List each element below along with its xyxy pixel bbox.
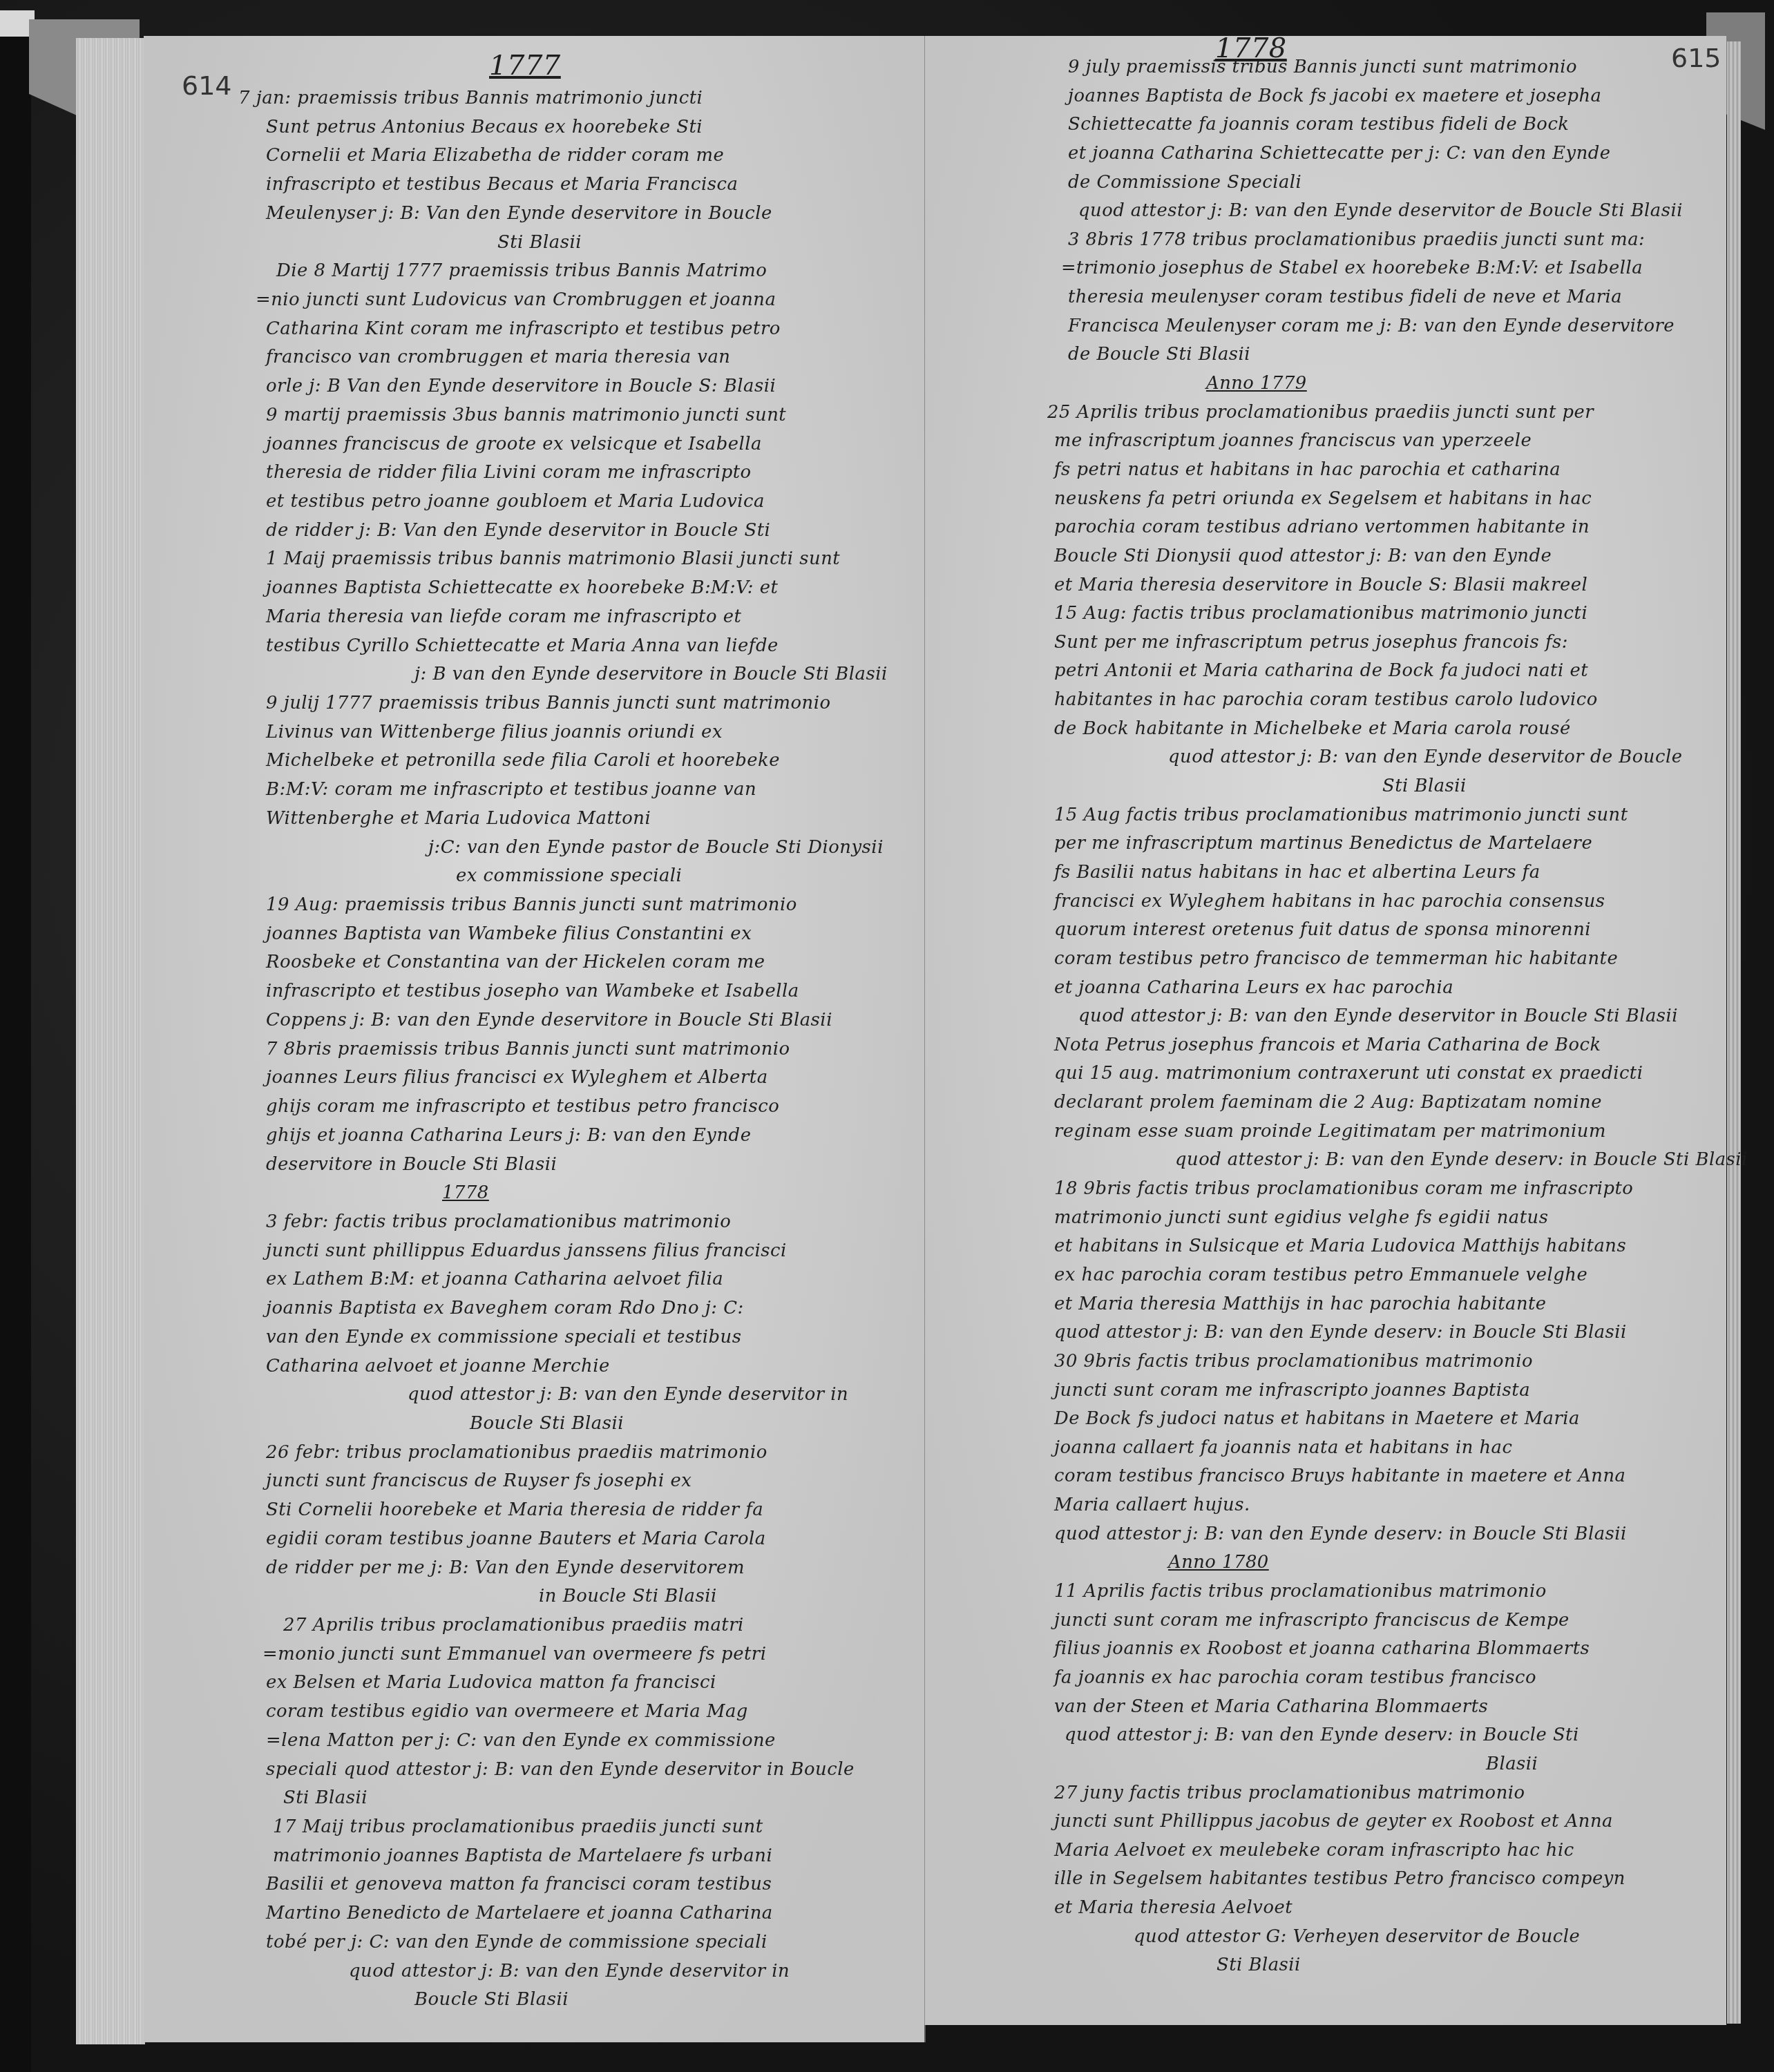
handwritten-line: quod attestor j: B: van den Eynde deserv… — [1065, 1725, 1579, 1745]
handwritten-line: 18 9bris factis tribus proclamationibus … — [1054, 1178, 1633, 1199]
handwritten-line: Schiettecatte fa joannis coram testibus … — [1068, 114, 1569, 135]
handwritten-line: de Commissione Speciali — [1068, 172, 1301, 193]
handwritten-line: juncti sunt phillippus Eduardus janssens… — [266, 1240, 787, 1261]
handwritten-line: joannes franciscus de groote ex velsicqu… — [266, 434, 762, 454]
handwritten-line: van den Eynde ex commissione speciali et… — [266, 1327, 741, 1347]
handwritten-line: Coppens j: B: van den Eynde deservitore … — [266, 1010, 832, 1030]
handwritten-line: testibus Cyrillo Schiettecatte et Maria … — [266, 635, 779, 656]
handwritten-line: ex commissione speciali — [456, 865, 682, 886]
handwritten-line: neuskens fa petri oriunda ex Segelsem et… — [1054, 488, 1592, 509]
handwritten-line: Sti Blasii — [1382, 776, 1467, 796]
handwritten-line: 7 jan: praemissis tribus Bannis matrimon… — [238, 88, 703, 108]
handwritten-line: theresia meulenyser coram testibus fidel… — [1068, 287, 1622, 307]
page-edges-left — [76, 38, 145, 2044]
handwritten-line: 7 8bris praemissis tribus Bannis juncti … — [266, 1039, 790, 1059]
handwritten-line: Sti Blasii — [1217, 1955, 1301, 1975]
handwritten-line: deservitore in Boucle Sti Blasii — [266, 1154, 557, 1175]
handwritten-line: et Maria theresia Matthijs in hac paroch… — [1054, 1294, 1547, 1314]
handwritten-line: qui 15 aug. matrimonium contraxerunt uti… — [1054, 1063, 1643, 1084]
handwritten-line: j:C: van den Eynde pastor de Boucle Sti … — [428, 837, 884, 858]
page-number-right: 615 — [1671, 43, 1721, 73]
handwritten-line: joannes Baptista van Wambeke filius Cons… — [266, 923, 752, 944]
page-edges-right — [1727, 41, 1741, 2024]
handwritten-line: Maria theresia van liefde coram me infra… — [266, 606, 741, 627]
handwritten-line: Catharina aelvoet et joanne Merchie — [266, 1356, 610, 1376]
handwritten-line: Michelbeke et petronilla sede filia Caro… — [266, 750, 780, 771]
year-heading: Anno 1780 — [1168, 1552, 1269, 1573]
handwritten-line: quod attestor j: B: van den Eynde deserv… — [349, 1961, 790, 1982]
handwritten-line: B:M:V: coram me infrascripto et testibus… — [266, 779, 756, 800]
handwritten-line: 9 july praemissis tribus Bannis juncti s… — [1068, 57, 1577, 77]
handwritten-line: ghijs et joanna Catharina Leurs j: B: va… — [266, 1125, 751, 1146]
handwritten-line: de Bock habitante in Michelbeke et Maria… — [1054, 718, 1571, 739]
handwritten-line: de ridder per me j: B: Van den Eynde des… — [266, 1557, 745, 1578]
handwritten-line: Meulenyser j: B: Van den Eynde deservito… — [266, 203, 772, 224]
handwritten-line: ille in Segelsem habitantes testibus Pet… — [1054, 1868, 1625, 1889]
handwritten-line: Blasii — [1486, 1754, 1538, 1774]
handwritten-line: francisco van crombruggen et maria there… — [266, 347, 731, 367]
handwritten-line: 15 Aug: factis tribus proclamationibus m… — [1054, 603, 1587, 624]
handwritten-line: fs Basilii natus habitans in hac et albe… — [1054, 862, 1541, 883]
handwritten-line: quod attestor j: B: van den Eynde deserv… — [1054, 1524, 1627, 1544]
handwritten-line: infrascripto et testibus Becaus et Maria… — [266, 174, 738, 195]
handwritten-line: declarant prolem faeminam die 2 Aug: Bap… — [1054, 1092, 1602, 1113]
handwritten-line: tobé per j: C: van den Eynde de commissi… — [266, 1932, 767, 1953]
handwritten-line: =trimonio josephus de Stabel ex hoorebek… — [1061, 258, 1643, 278]
handwritten-line: francisci ex Wyleghem habitans in hac pa… — [1054, 891, 1605, 912]
handwritten-line: petri Antonii et Maria catharina de Bock… — [1054, 660, 1588, 681]
handwritten-line: ex Belsen et Maria Ludovica matton fa fr… — [266, 1672, 716, 1693]
handwritten-line: joannes Leurs filius francisci ex Wylegh… — [266, 1067, 768, 1088]
handwritten-line: =nio juncti sunt Ludovicus van Crombrugg… — [256, 289, 776, 310]
handwritten-line: Die 8 Martij 1777 praemissis tribus Bann… — [276, 260, 767, 281]
handwritten-line: habitantes in hac parochia coram testibu… — [1054, 689, 1598, 710]
handwritten-line: joannes Baptista Schiettecatte ex hooreb… — [266, 577, 778, 598]
handwritten-line: de Boucle Sti Blasii — [1068, 344, 1250, 365]
handwritten-line: Sti Blasii — [497, 232, 582, 253]
handwritten-line: Boucle Sti Dionysii quod attestor j: B: … — [1054, 546, 1552, 566]
handwritten-line: theresia de ridder filia Livini coram me… — [266, 462, 752, 483]
handwritten-line: 9 martij praemissis 3bus bannis matrimon… — [266, 405, 786, 425]
handwritten-line: me infrascriptum joannes franciscus van … — [1054, 430, 1532, 451]
handwritten-line: Maria callaert hujus. — [1054, 1495, 1250, 1515]
handwritten-line: et Maria theresia deservitore in Boucle … — [1054, 575, 1587, 595]
handwritten-line: Sti Cornelii hoorebeke et Maria theresia… — [266, 1499, 763, 1520]
handwritten-line: 27 juny factis tribus proclamationibus m… — [1054, 1783, 1525, 1803]
handwritten-line: parochia coram testibus adriano vertomme… — [1054, 517, 1590, 537]
handwritten-line: Basilii et genoveva matton fa francisci … — [266, 1874, 772, 1894]
handwritten-line: 3 febr: factis tribus proclamationibus m… — [266, 1211, 731, 1232]
handwritten-line: juncti sunt franciscus de Ruyser fs jose… — [266, 1470, 692, 1491]
handwritten-line: 1 Maij praemissis tribus bannis matrimon… — [266, 548, 840, 569]
handwritten-line: et testibus petro joanne goubloem et Mar… — [266, 491, 765, 512]
year-heading: Anno 1779 — [1206, 373, 1307, 394]
handwritten-line: juncti sunt coram me infrascripto franci… — [1054, 1610, 1570, 1631]
handwritten-line: Sti Blasii — [283, 1787, 368, 1808]
handwritten-line: Roosbeke et Constantina van der Hickelen… — [266, 952, 765, 972]
handwritten-line: per me infrascriptum martinus Benedictus… — [1054, 833, 1592, 854]
handwritten-line: egidii coram testibus joanne Bauters et … — [266, 1528, 766, 1549]
handwritten-line: j: B van den Eynde deservitore in Boucle… — [414, 664, 888, 684]
left-page: 614 1777 7 jan: praemissis tribus Bannis… — [144, 36, 926, 2042]
handwritten-line: ghijs coram me infrascripto et testibus … — [266, 1096, 779, 1117]
cover-edge — [0, 35, 31, 2072]
handwritten-line: 11 Aprilis factis tribus proclamationibu… — [1054, 1581, 1547, 1602]
page-number-left: 614 — [182, 70, 232, 101]
handwritten-line: et Maria theresia Aelvoet — [1054, 1897, 1293, 1918]
handwritten-line: orle j: B Van den Eynde deservitore in B… — [266, 376, 776, 396]
handwritten-line: reginam esse suam proinde Legitimatam pe… — [1054, 1121, 1606, 1142]
handwritten-line: =lena Matton per j: C: van den Eynde ex … — [266, 1730, 776, 1751]
handwritten-line: 27 Aprilis tribus proclamationibus praed… — [283, 1615, 744, 1635]
handwritten-line: infrascripto et testibus josepho van Wam… — [266, 981, 799, 1001]
handwritten-line: ex Lathem B:M: et joanna Catharina aelvo… — [266, 1269, 723, 1289]
handwritten-line: 25 Aprilis tribus proclamationibus praed… — [1047, 402, 1594, 423]
handwritten-line: quod attestor j: B: van den Eynde deserv… — [1078, 1006, 1678, 1026]
handwritten-line: coram testibus petro francisco de temmer… — [1054, 948, 1618, 969]
handwritten-line: et habitans in Sulsicque et Maria Ludovi… — [1054, 1236, 1626, 1256]
handwritten-line: quod attestor j: B: van den Eynde deserv… — [1054, 1322, 1627, 1343]
handwritten-line: filius joannis ex Roobost et joanna cath… — [1054, 1638, 1590, 1659]
handwritten-line: Sunt petrus Antonius Becaus ex hoorebeke… — [266, 117, 703, 137]
handwritten-line: in Boucle Sti Blasii — [539, 1586, 717, 1606]
handwritten-line: speciali quod attestor j: B: van den Eyn… — [266, 1759, 855, 1780]
handwritten-line: fs petri natus et habitans in hac paroch… — [1054, 459, 1561, 480]
handwritten-line: coram testibus francisco Bruys habitante… — [1054, 1466, 1625, 1486]
handwritten-line: fa joannis ex hac parochia coram testibu… — [1054, 1667, 1536, 1688]
handwritten-line: matrimonio joannes Baptista de Martelaer… — [273, 1845, 772, 1866]
handwritten-line: joannis Baptista ex Baveghem coram Rdo D… — [266, 1298, 744, 1318]
handwritten-line: et joanna Catharina Schiettecatte per j:… — [1068, 143, 1611, 164]
handwritten-line: 9 julij 1777 praemissis tribus Bannis ju… — [266, 693, 831, 713]
handwritten-line: quod attestor G: Verheyen deservitor de … — [1134, 1926, 1580, 1947]
handwritten-line: ex hac parochia coram testibus petro Emm… — [1054, 1265, 1587, 1285]
handwritten-line: Sunt per me infrascriptum petrus josephu… — [1054, 632, 1568, 653]
handwritten-line: 15 Aug factis tribus proclamationibus ma… — [1054, 805, 1628, 825]
handwritten-line: Wittenberghe et Maria Ludovica Mattoni — [266, 808, 651, 829]
handwritten-line: quod attestor j: B: van den Eynde deserv… — [1175, 1149, 1748, 1170]
handwritten-line: De Bock fs judoci natus et habitans in M… — [1054, 1408, 1580, 1429]
handwritten-line: Livinus van Wittenberge filius joannis o… — [266, 722, 723, 742]
handwritten-line: matrimonio juncti sunt egidius velghe fs… — [1054, 1207, 1548, 1228]
handwritten-line: et joanna Catharina Leurs ex hac parochi… — [1054, 977, 1453, 998]
handwritten-line: coram testibus egidio van overmeere et M… — [266, 1701, 748, 1722]
handwritten-line: Nota Petrus josephus francois et Maria C… — [1054, 1035, 1601, 1055]
handwritten-line: de ridder j: B: Van den Eynde deservitor… — [266, 520, 770, 541]
handwritten-line: 3 8bris 1778 tribus proclamationibus pra… — [1068, 229, 1645, 250]
year-heading: 1778 — [442, 1182, 489, 1203]
handwritten-line: quod attestor j: B: van den Eynde deserv… — [1078, 200, 1683, 221]
handwritten-line: 19 Aug: praemissis tribus Bannis juncti … — [266, 894, 797, 915]
handwritten-line: Francisca Meulenyser coram me j: B: van … — [1068, 316, 1675, 336]
handwritten-line: van der Steen et Maria Catharina Blommae… — [1054, 1696, 1488, 1717]
handwritten-line: juncti sunt Phillippus jacobus de geyter… — [1054, 1811, 1613, 1832]
right-page: 615 1778 9 july praemissis tribus Bannis… — [924, 36, 1726, 2025]
handwritten-line: =monio juncti sunt Emmanuel van overmeer… — [263, 1644, 767, 1665]
handwritten-line: Boucle Sti Blasii — [414, 1989, 569, 2010]
handwritten-line: 17 Maij tribus proclamationibus praediis… — [273, 1816, 763, 1837]
handwritten-line: Catharina Kint coram me infrascripto et … — [266, 318, 781, 339]
handwritten-line: quod attestor j: B: van den Eynde deserv… — [1168, 747, 1682, 767]
handwritten-line: quod attestor j: B: van den Eynde deserv… — [408, 1384, 848, 1405]
handwritten-line: juncti sunt coram me infrascripto joanne… — [1054, 1380, 1530, 1401]
year-heading-left: 1777 — [489, 50, 561, 81]
handwritten-line: 26 febr: tribus proclamationibus praedii… — [266, 1442, 767, 1463]
handwritten-line: Cornelii et Maria Elizabetha de ridder c… — [266, 145, 724, 166]
handwritten-line: Martino Benedicto de Martelaere et joann… — [266, 1903, 773, 1924]
handwritten-line: Maria Aelvoet ex meulebeke coram infrasc… — [1054, 1840, 1574, 1861]
handwritten-line: Boucle Sti Blasii — [470, 1413, 624, 1434]
handwritten-line: 30 9bris factis tribus proclamationibus … — [1054, 1351, 1533, 1372]
handwritten-line: joannes Baptista de Bock fs jacobi ex ma… — [1068, 86, 1601, 106]
handwritten-line: quorum interest oretenus fuit datus de s… — [1054, 919, 1591, 940]
handwritten-line: joanna callaert fa joannis nata et habit… — [1054, 1437, 1512, 1458]
